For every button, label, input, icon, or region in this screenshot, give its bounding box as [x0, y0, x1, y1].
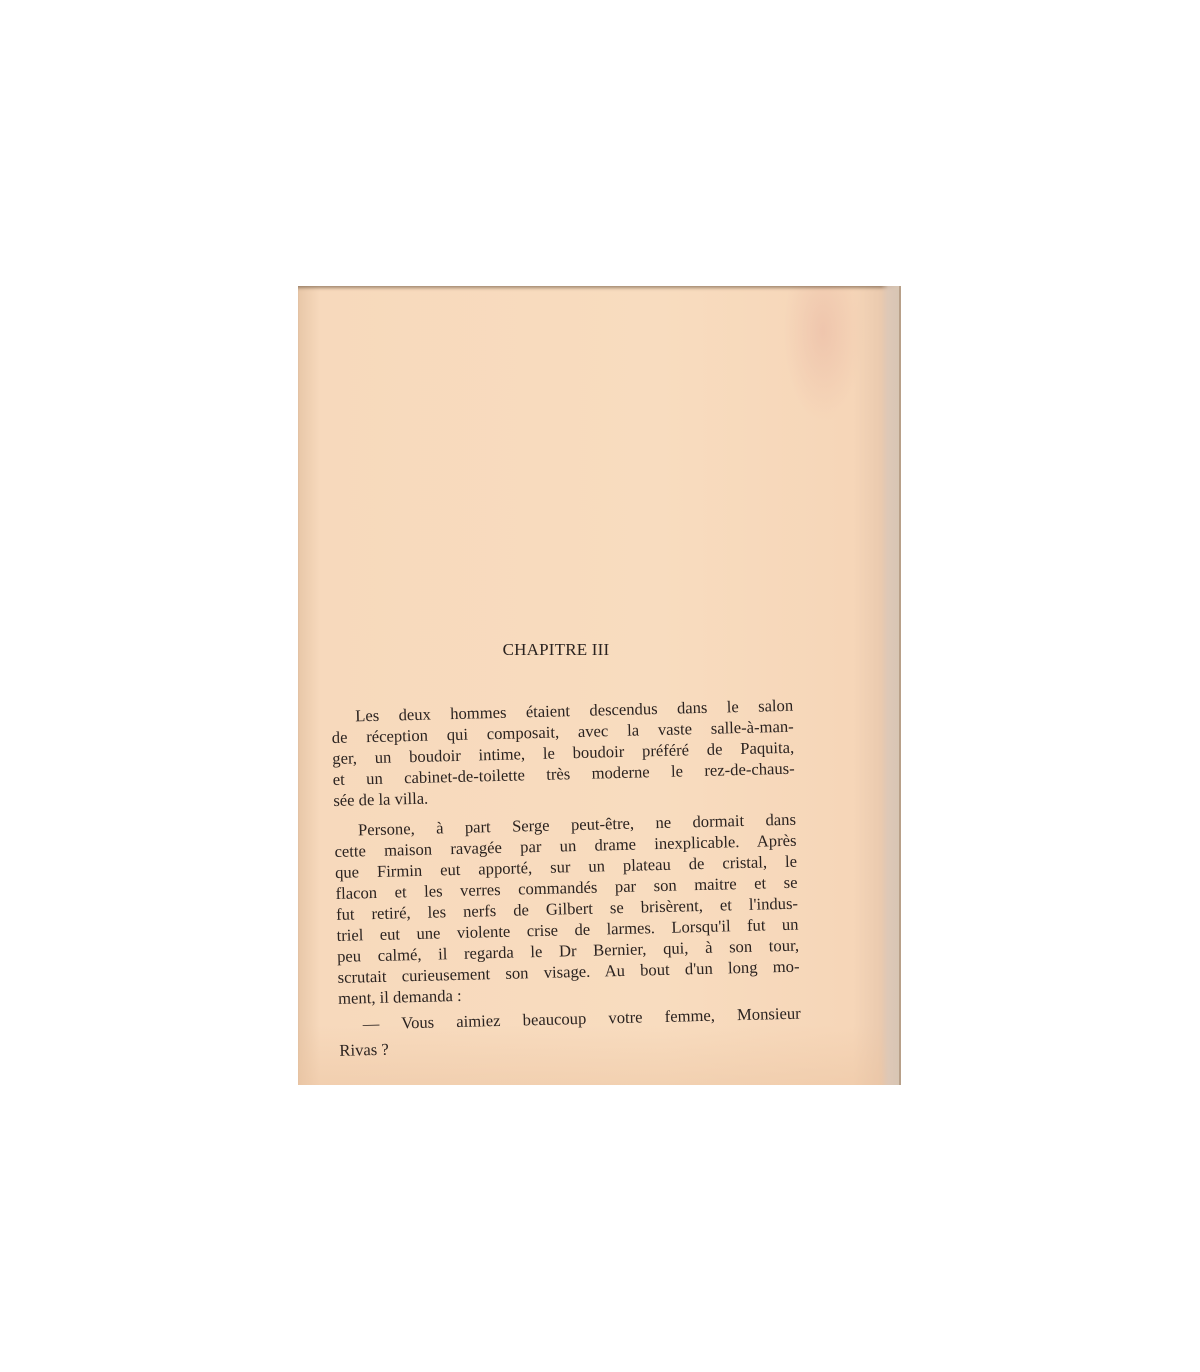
chapter-title: CHAPITRE III [298, 640, 814, 660]
book-page: CHAPITRE III Les deux hommes étaient des… [298, 286, 901, 1085]
body-text: Les deux hommes étaient descendus dans l… [331, 695, 802, 1061]
